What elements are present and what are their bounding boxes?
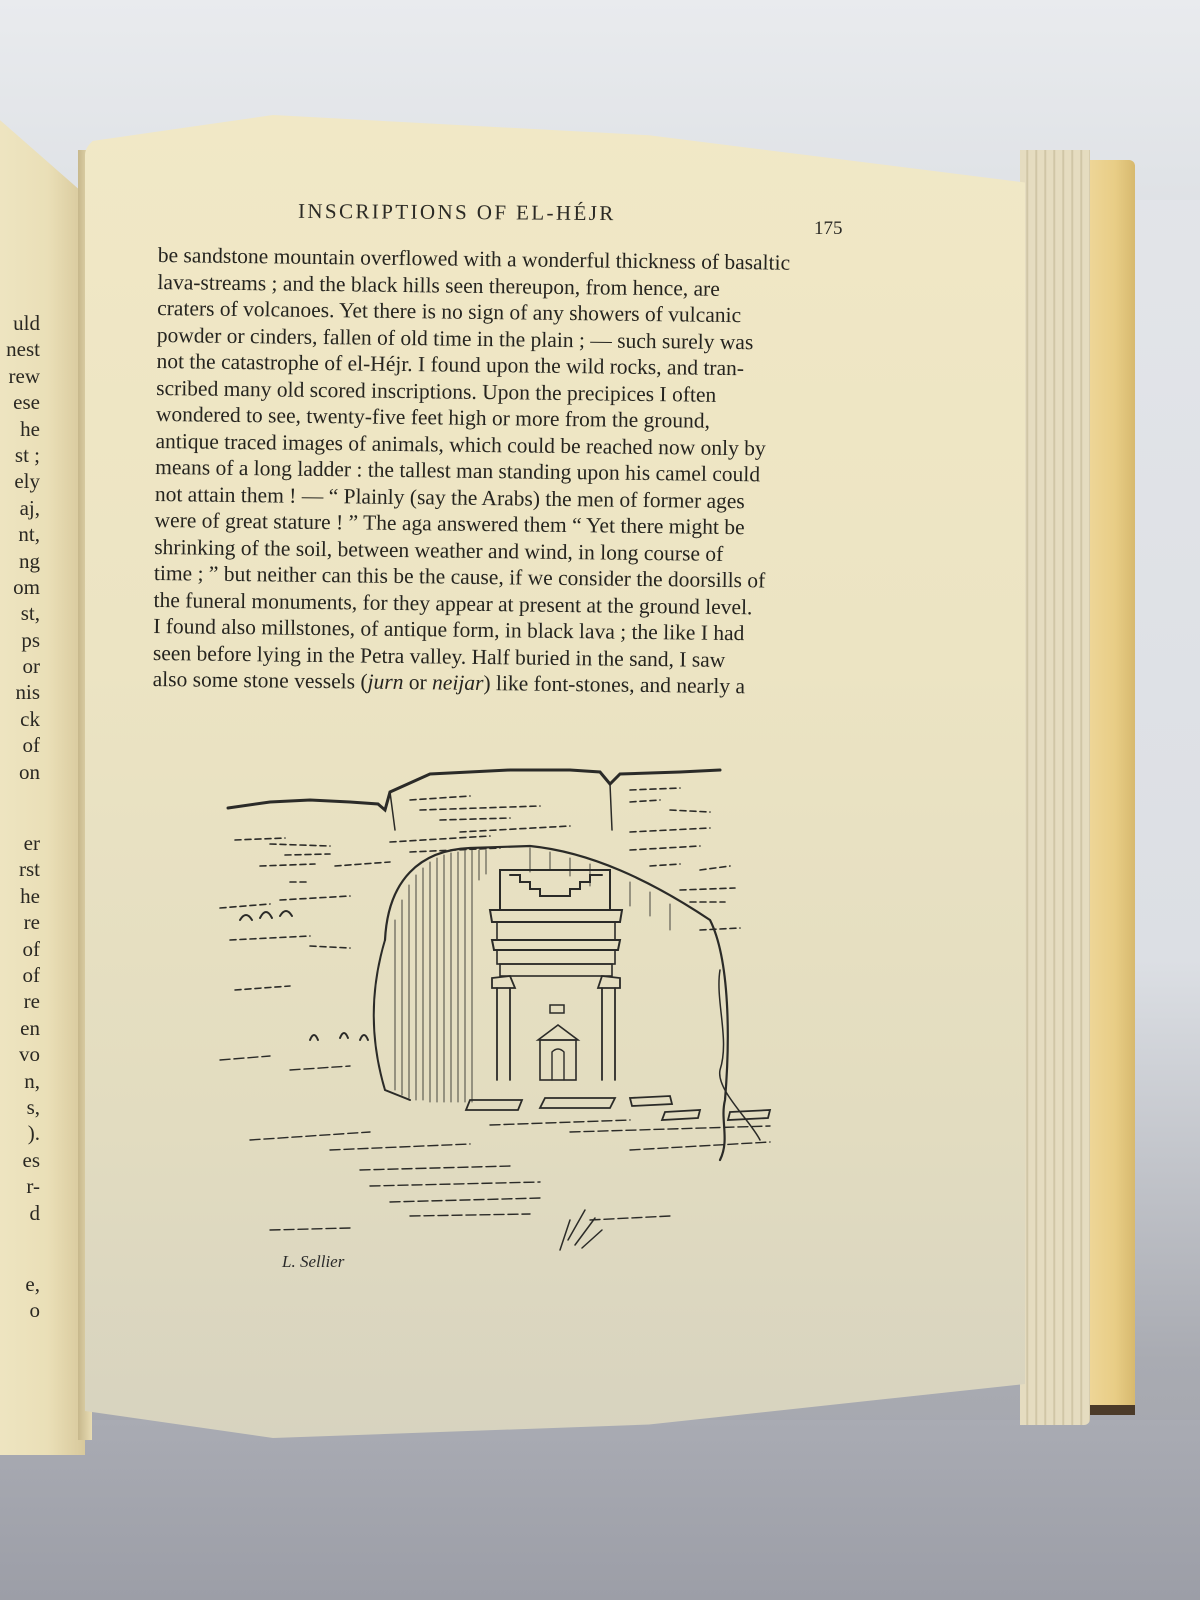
left-page-line-fragment: d	[0, 1200, 40, 1226]
left-page-line-fragment: n,	[0, 1068, 40, 1094]
left-page-line-fragment: r-	[0, 1173, 40, 1199]
left-page-line-fragment: on	[0, 759, 40, 785]
left-page-line-fragment: es	[0, 1147, 40, 1173]
left-page-line-fragment: s,	[0, 1094, 40, 1120]
text-fragment: ) like font-stones, and nearly a	[483, 670, 745, 700]
left-page-line-fragment: of	[0, 936, 40, 962]
left-page-gap	[0, 1226, 40, 1271]
running-head: INSCRIPTIONS OF EL-HÉJR	[298, 199, 616, 226]
left-page-line-fragment: rst	[0, 856, 40, 882]
left-page-line-fragment: ese	[0, 389, 40, 415]
left-page-line-fragment: o	[0, 1297, 40, 1323]
left-page-line-fragment: vo	[0, 1041, 40, 1067]
left-page-line-fragment: ).	[0, 1120, 40, 1146]
left-page-line-fragment: nis	[0, 679, 40, 705]
left-page-line-fragment: er	[0, 830, 40, 856]
left-page-line-fragment: st ;	[0, 442, 40, 468]
left-page-line-fragment: ps	[0, 627, 40, 653]
left-page-line-fragment: ely	[0, 468, 40, 494]
italic-term-jurn: jurn	[367, 670, 403, 694]
left-page-line-fragment: en	[0, 1015, 40, 1041]
left-page-line-fragment: rew	[0, 363, 40, 389]
left-page-line-fragment: of	[0, 732, 40, 758]
left-page-line-fragment: ck	[0, 706, 40, 732]
left-page-line-fragment: uld	[0, 310, 40, 336]
left-page: uldnestrewesehest ;elyaj,nt,ngomst,psorn…	[0, 85, 85, 1455]
book-cover-edge	[1085, 160, 1135, 1412]
left-page-line-fragment: he	[0, 883, 40, 909]
tomb-illustration	[210, 740, 790, 1280]
left-page-line-fragment: re	[0, 988, 40, 1014]
left-page-text: uldnestrewesehest ;elyaj,nt,ngomst,psorn…	[0, 310, 40, 1324]
left-page-line-fragment: om	[0, 574, 40, 600]
left-page-line-fragment: re	[0, 909, 40, 935]
left-page-line-fragment: st,	[0, 600, 40, 626]
book-cover-corner	[1085, 1405, 1135, 1415]
illustrator-signature: L. Sellier	[282, 1252, 344, 1272]
left-page-line-fragment: of	[0, 962, 40, 988]
text-fragment: or	[403, 669, 432, 696]
left-page-line-fragment: or	[0, 653, 40, 679]
left-page-line-fragment: ng	[0, 548, 40, 574]
left-page-gap	[0, 785, 40, 830]
page-number: 175	[814, 218, 843, 240]
text-fragment: also some stone vessels (	[152, 666, 367, 695]
left-page-line-fragment: e,	[0, 1271, 40, 1297]
left-page-line-fragment: he	[0, 416, 40, 442]
left-page-line-fragment: nest	[0, 336, 40, 362]
page-edges	[1020, 150, 1090, 1425]
italic-term-neijar: neijar	[432, 670, 484, 695]
background-surface-bottom	[0, 1420, 1200, 1600]
left-page-line-fragment: nt,	[0, 521, 40, 547]
body-text: be sandstone mountain overflowed with a …	[152, 242, 857, 701]
left-page-line-fragment: aj,	[0, 495, 40, 521]
